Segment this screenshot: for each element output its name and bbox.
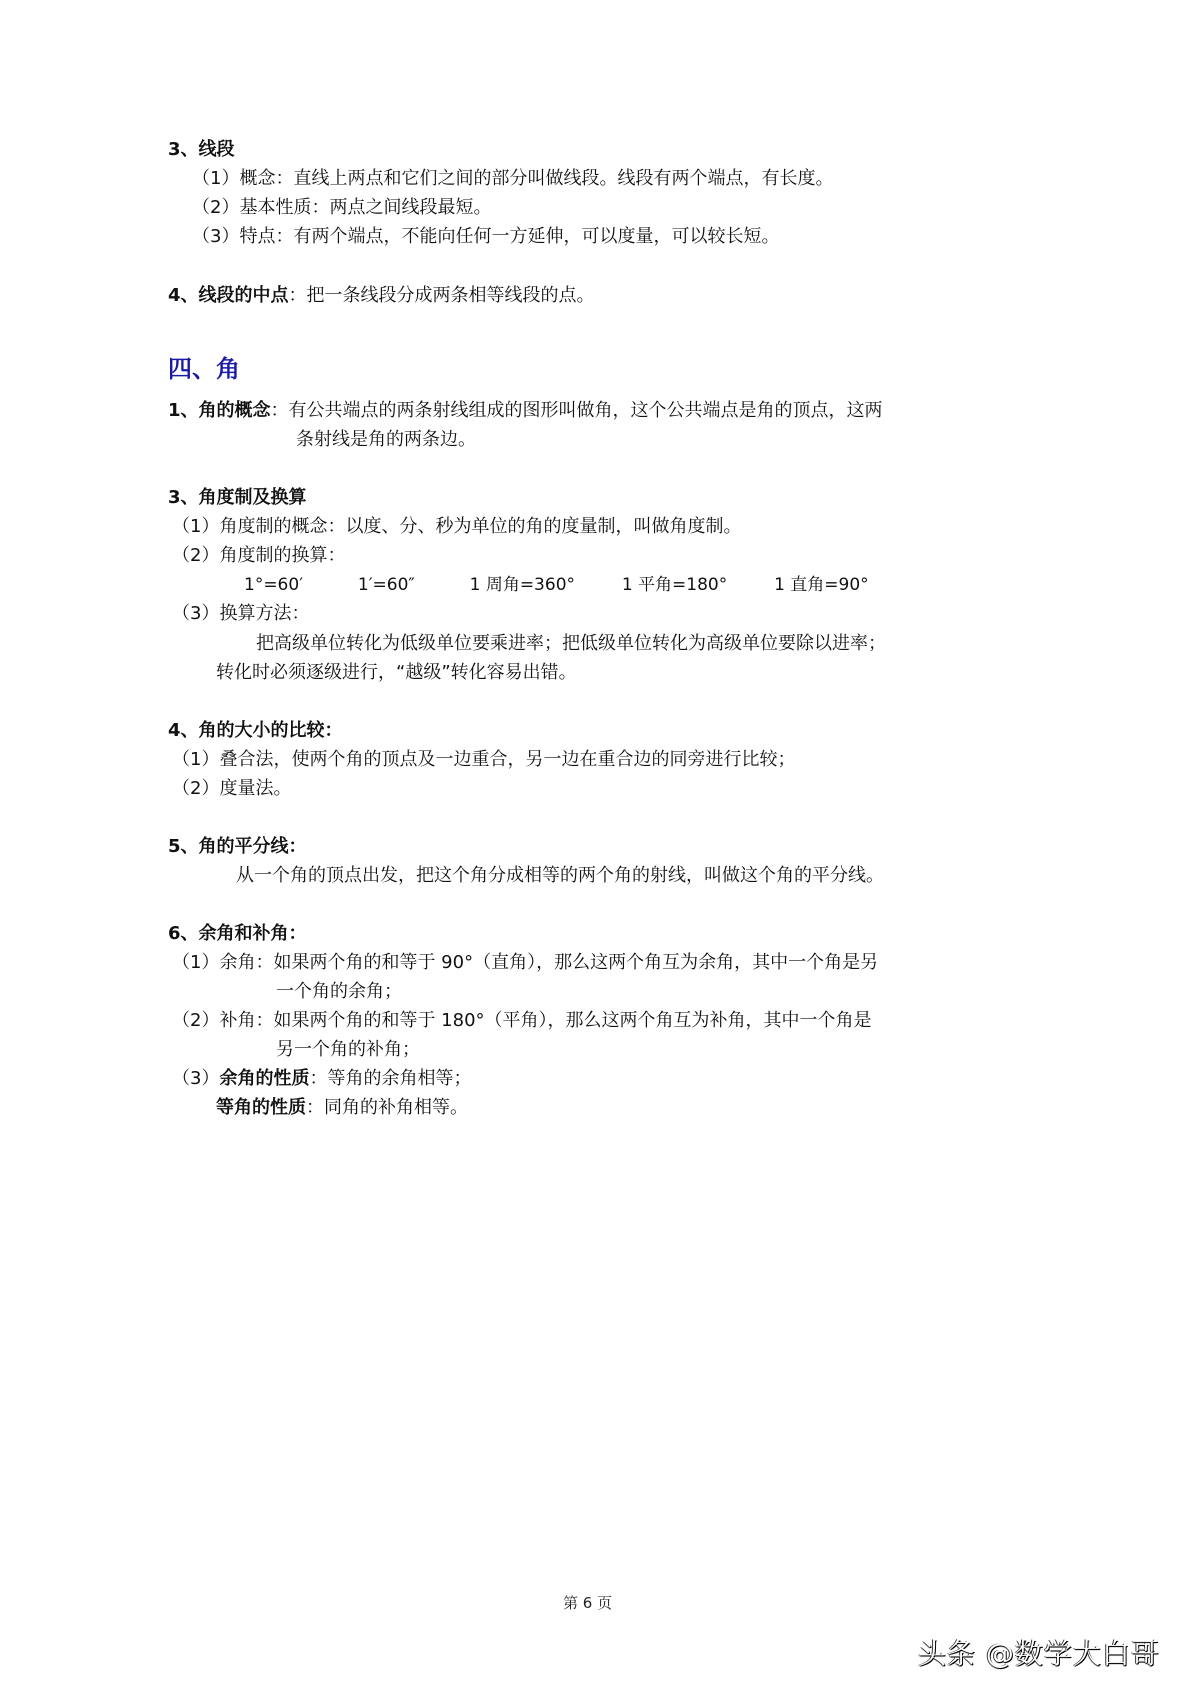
conversion-right-angle: 1 直角=90° — [774, 575, 869, 595]
conversion-minute: 1′=60″ — [358, 575, 415, 595]
conversion-degree: 1°=60′ — [244, 575, 303, 595]
supplementary-definition-cont: 另一个角的补角； — [276, 1038, 420, 1062]
complementary-definition-cont: 一个角的余角； — [276, 980, 402, 1004]
midpoint-label: 4、线段的中点 — [168, 285, 289, 306]
heading-angle-compare: 4、角的大小的比较： — [168, 719, 343, 743]
degree-conversion-label: （2）角度制的换算： — [172, 544, 345, 568]
conversion-method-line2: 转化时必须逐级进行，“越级”转化容易出错。 — [216, 661, 577, 685]
conversion-method-line1: 把高级单位转化为低级单位要乘进率；把低级单位转化为高级单位要除以进率； — [256, 632, 886, 656]
degree-concept: （1）角度制的概念：以度、分、秒为单位的角的度量制，叫做角度制。 — [172, 515, 741, 539]
conversion-method-label: （3）换算方法： — [172, 602, 309, 626]
angle-concept-cont: 条射线是角的两条边。 — [296, 428, 476, 452]
segment-feature: （3）特点：有两个端点，不能向任何一方延伸，可以度量，可以较长短。 — [192, 225, 779, 249]
angle-concept-text: ：有公共端点的两条射线组成的图形叫做角，这个公共端点是角的顶点，这两 — [271, 400, 883, 421]
supplementary-property: 等角的性质：同角的补角相等。 — [216, 1096, 468, 1120]
conversion-straight-angle: 1 平角=180° — [622, 575, 727, 595]
supplementary-definition: （2）补角：如果两个角的和等于 180°（平角），那么这两个角互为补角，其中一个… — [172, 1009, 872, 1033]
supplementary-property-text: ：同角的补角相等。 — [306, 1097, 468, 1118]
compare-overlap: （1）叠合法，使两个角的顶点及一边重合，另一边在重合边的同旁进行比较； — [172, 748, 795, 772]
segment-concept: （1）概念：直线上两点和它们之间的部分叫做线段。线段有两个端点，有长度。 — [192, 167, 833, 191]
heading-degree-system: 3、角度制及换算 — [168, 486, 307, 510]
angle-concept: 1、角的概念：有公共端点的两条射线组成的图形叫做角，这个公共端点是角的顶点，这两 — [168, 399, 883, 423]
degree-conversions: 1°=60′ 1′=60″ 1 周角=360° 1 平角=180° 1 直角=9… — [244, 573, 869, 597]
complementary-property-label: 余角的性质 — [219, 1068, 309, 1089]
complementary-property-text: ：等角的余角相等； — [309, 1068, 471, 1089]
midpoint-text: ：把一条线段分成两条相等线段的点。 — [289, 285, 595, 306]
heading-bisector: 5、角的平分线： — [168, 835, 307, 859]
heading-complementary-supplementary: 6、余角和补角： — [168, 922, 307, 946]
heading-line-segment: 3、线段 — [168, 138, 235, 162]
section-heading-angle: 四、角 — [168, 354, 240, 384]
page-number: 第 6 页 — [563, 1592, 612, 1613]
supplementary-property-label: 等角的性质 — [216, 1097, 306, 1118]
conversion-full-angle: 1 周角=360° — [470, 575, 575, 595]
segment-property: （2）基本性质：两点之间线段最短。 — [192, 196, 491, 220]
property-prefix: （3） — [172, 1068, 219, 1089]
compare-measure: （2）度量法。 — [172, 777, 291, 801]
angle-concept-label: 1、角的概念 — [168, 400, 271, 421]
complementary-property: （3）余角的性质：等角的余角相等； — [172, 1067, 471, 1091]
watermark: 头条 @数学大白哥 — [918, 1632, 1160, 1672]
midpoint-definition: 4、线段的中点：把一条线段分成两条相等线段的点。 — [168, 284, 595, 308]
document-page: 3、线段 （1）概念：直线上两点和它们之间的部分叫做线段。线段有两个端点，有长度… — [0, 0, 1191, 1684]
bisector-definition: 从一个角的顶点出发，把这个角分成相等的两个角的射线，叫做这个角的平分线。 — [236, 864, 884, 888]
complementary-definition: （1）余角：如果两个角的和等于 90°（直角），那么这两个角互为余角，其中一个角… — [172, 951, 878, 975]
